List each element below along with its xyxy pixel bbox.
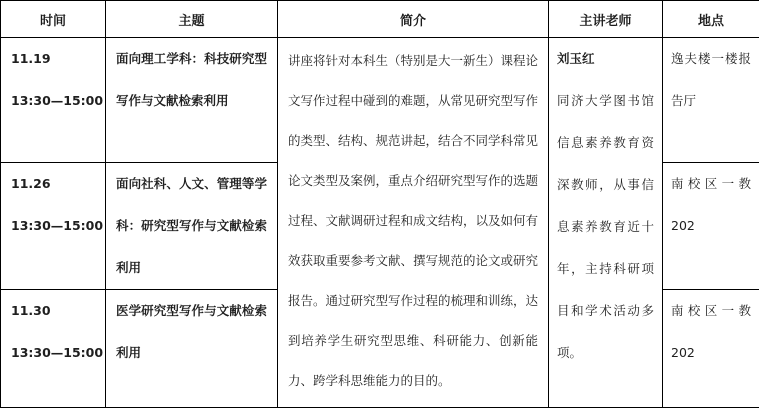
session3-location: 南校区一教 202 [671,290,751,374]
session1-topic-cell: 面向理工学科：科技研究型写作与文献检索利用 [106,38,278,163]
session3-location-cell: 南校区一教 202 [663,290,759,408]
session2-date: 11.26 [11,163,101,205]
session1-time-cell: 11.19 13:30—15:00 [1,38,106,163]
lecturer-cell: 刘玉红 同济大学图书馆信息素养教育资深教师，从事信息素养教育近十年，主持科研项目… [549,38,663,408]
session1-date: 11.19 [11,38,101,80]
table-row: 11.19 13:30—15:00 面向理工学科：科技研究型写作与文献检索利用 … [1,38,759,163]
lecture-schedule-table: 时间 主题 简介 主讲老师 地点 11.19 13:30—15:00 面向理工学… [0,0,759,408]
session3-time-cell: 11.30 13:30—15:00 [1,290,106,408]
session2-topic: 面向社科、人文、管理等学科：研究型写作与文献检索利用 [116,163,267,289]
header-time: 时间 [1,1,106,38]
session3-topic-cell: 医学研究型写作与文献检索利用 [106,290,278,408]
intro-text: 讲座将针对本科生（特别是大一新生）课程论文写作过程中碰到的难题，从常见研究型写作… [288,41,538,401]
session3-timerange: 13:30—15:00 [11,332,101,374]
session3-date: 11.30 [11,290,101,332]
session1-location-cell: 逸夫楼一楼报告厅 [663,38,759,163]
session2-time-cell: 11.26 13:30—15:00 [1,163,106,290]
session2-timerange: 13:30—15:00 [11,205,101,247]
lecturer-bio: 同济大学图书馆信息素养教育资深教师，从事信息素养教育近十年，主持科研项目和学术活… [557,80,654,374]
header-topic: 主题 [106,1,278,38]
header-row: 时间 主题 简介 主讲老师 地点 [1,1,759,38]
session1-timerange: 13:30—15:00 [11,80,101,122]
header-lecturer: 主讲老师 [549,1,663,38]
session2-location-cell: 南校区一教 202 [663,163,759,290]
session2-topic-cell: 面向社科、人文、管理等学科：研究型写作与文献检索利用 [106,163,278,290]
header-location: 地点 [663,1,759,38]
session2-location: 南校区一教 202 [671,163,751,247]
session1-location: 逸夫楼一楼报告厅 [671,38,751,122]
intro-cell: 讲座将针对本科生（特别是大一新生）课程论文写作过程中碰到的难题，从常见研究型写作… [278,38,549,408]
lecturer-name: 刘玉红 [557,38,654,80]
session1-topic: 面向理工学科：科技研究型写作与文献检索利用 [116,38,267,122]
header-intro: 简介 [278,1,549,38]
session3-topic: 医学研究型写作与文献检索利用 [116,290,267,374]
